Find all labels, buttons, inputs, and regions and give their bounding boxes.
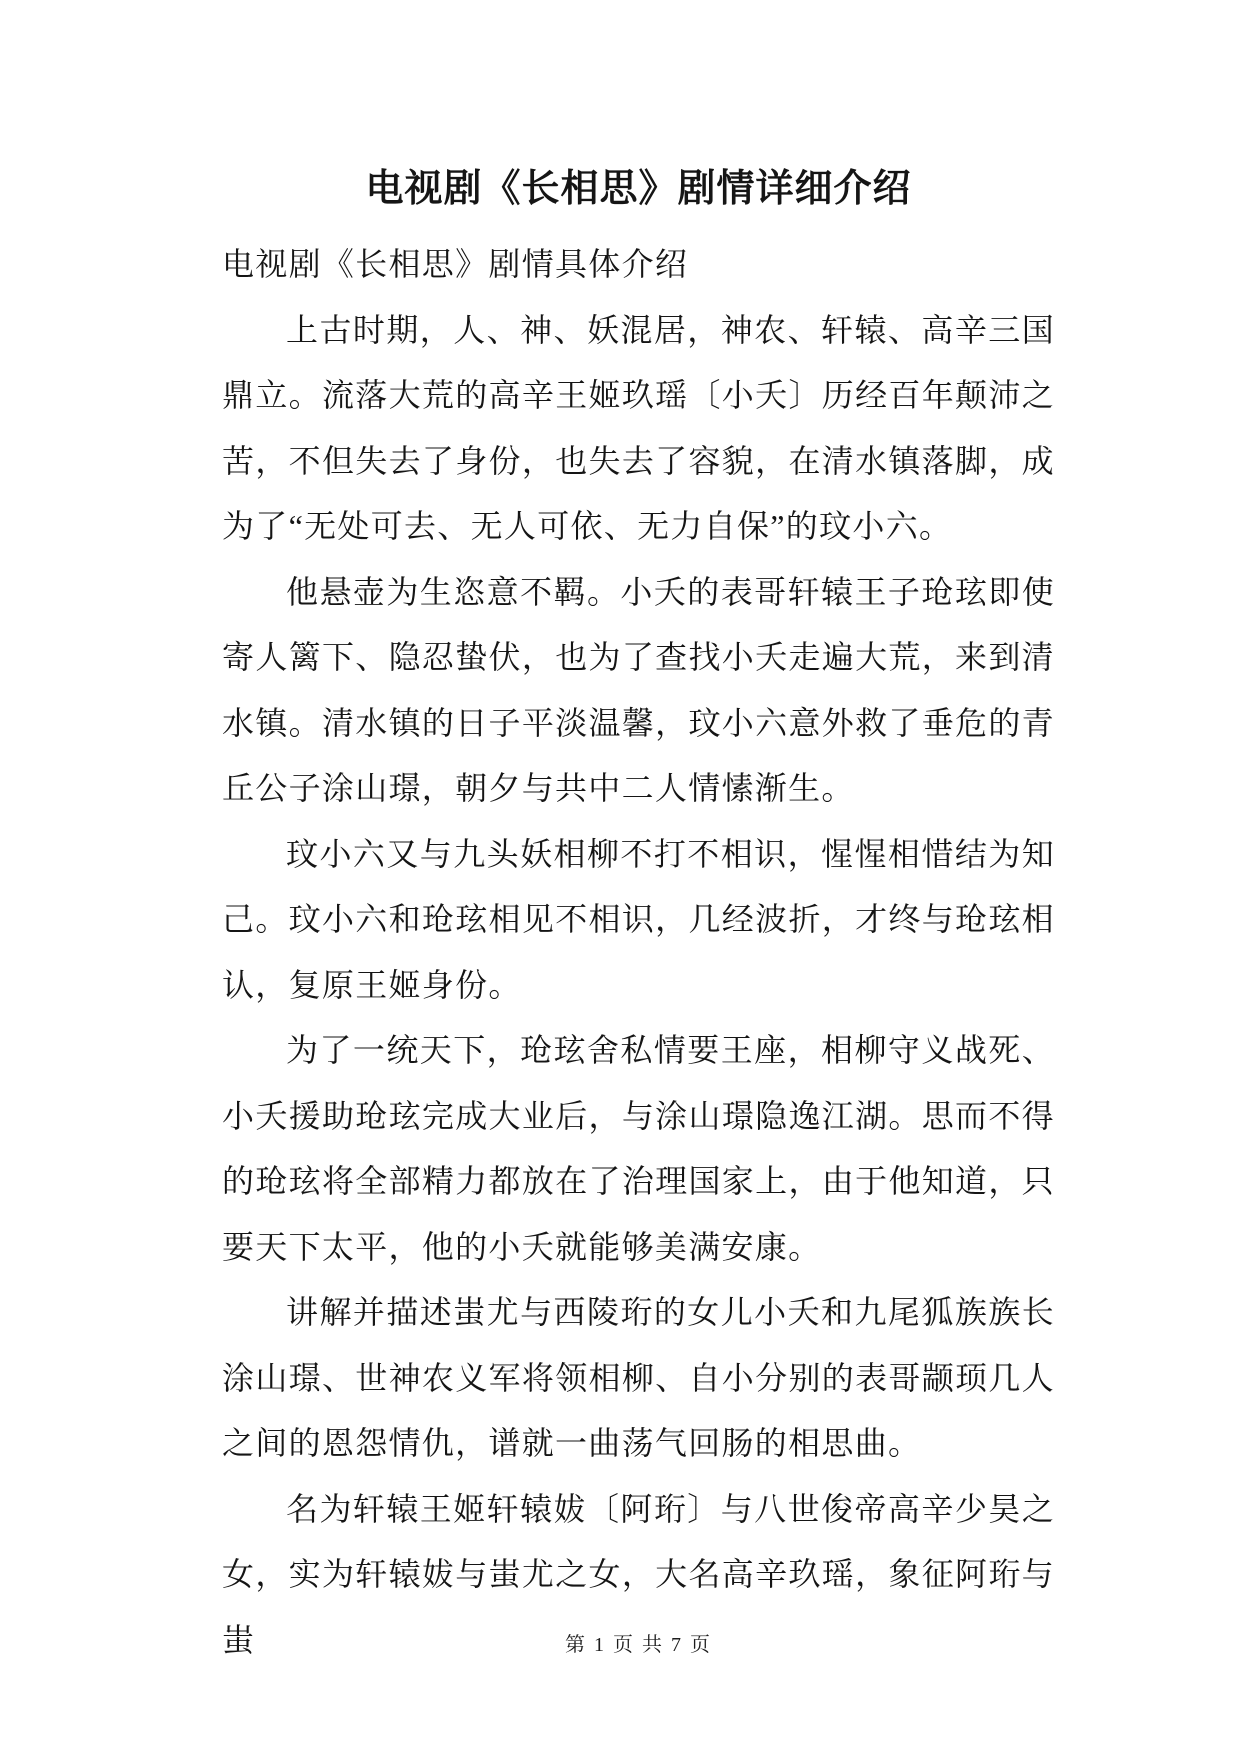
document-page: 电视剧《长相思》剧情详细介绍 电视剧《长相思》剧情具体介绍 上古时期，人、神、妖…	[0, 0, 1240, 1753]
doc-subtitle: 电视剧《长相思》剧情具体介绍	[222, 232, 1055, 298]
doc-title: 电视剧《长相思》剧情详细介绍	[222, 158, 1055, 220]
paragraph: 为了一统天下，玱玹舍私情要王座，相柳守义战死、小夭援助玱玹完成大业后，与涂山璟隐…	[222, 1018, 1055, 1280]
document-content: 电视剧《长相思》剧情详细介绍 电视剧《长相思》剧情具体介绍 上古时期，人、神、妖…	[222, 0, 1055, 1673]
paragraph: 玟小六又与九头妖相柳不打不相识，惺惺相惜结为知己。玟小六和玱玹相见不相识，几经波…	[222, 822, 1055, 1019]
paragraph: 上古时期，人、神、妖混居，神农、轩辕、高辛三国鼎立。流落大荒的高辛王姬玖瑶〔小夭…	[222, 298, 1055, 560]
page-footer: 第 1 页 共 7 页	[222, 1628, 1055, 1657]
paragraph: 他悬壶为生恣意不羁。小夭的表哥轩辕王子玱玹即使寄人篱下、隐忍蛰伏，也为了查找小夭…	[222, 560, 1055, 822]
paragraph: 讲解并描述蚩尤与西陵珩的女儿小夭和九尾狐族族长涂山璟、世神农义军将领相柳、自小分…	[222, 1280, 1055, 1477]
